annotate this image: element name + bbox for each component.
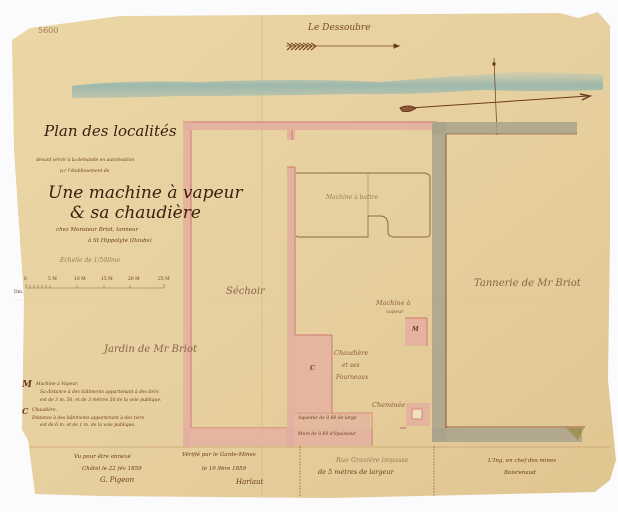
legend-m-key: M <box>22 380 32 390</box>
sechoir-label: Séchoir <box>226 286 265 297</box>
title-line1: Plan des localités <box>44 122 177 140</box>
signature1-line3: G. Pigeon <box>100 476 134 484</box>
title-line2: Une machine à vapeur <box>48 183 243 203</box>
street-line1: Rue Gravière impasse <box>336 456 409 464</box>
title-subtitle-line2: p.r l'établissement de <box>60 169 109 174</box>
scale-tick-3: 15 M <box>101 277 113 282</box>
scale-unit: Dm. <box>14 290 23 295</box>
jardin-label: Jardin de Mr Briot <box>104 344 197 355</box>
owner-line1: chez Monsieur Briot, tanneur <box>56 227 138 233</box>
title-line3: & sa chaudière <box>70 203 201 223</box>
legend-m-title: Machine à Vapeur. <box>36 382 78 387</box>
historic-plan-document: 5600 Le Dessoubre Plan des localités dev… <box>0 0 618 512</box>
chaudiere-marker: C <box>310 365 315 372</box>
owner-line2: à St Hippolyte (Doubs) <box>88 238 152 244</box>
catalog-mark: 5600 <box>38 26 58 35</box>
tannerie-label: Tannerie de Mr Briot <box>474 278 581 289</box>
machine-marker: M <box>412 326 419 333</box>
title-subtitle-line1: devant servir à la demande en autorisati… <box>36 158 134 163</box>
chaudiere-label-2: et ses <box>342 362 360 369</box>
machine-vapeur-label-1: Machine à <box>376 299 410 307</box>
legend-m-text2: est de 3 m. 50, et de 3 mètres 50 de la … <box>40 398 162 403</box>
river-name: Le Dessoubre <box>308 23 371 33</box>
signature2-line1: Vérifié par le Garde-Mines <box>182 452 256 458</box>
scale-tick-4: 20 M <box>128 277 140 282</box>
legend-c-key: C <box>22 406 28 416</box>
scale-tick-2: 10 M <box>74 277 86 282</box>
scale-tick-0: 0 <box>24 277 27 282</box>
signature2-line3: Harlaut <box>236 478 263 486</box>
signature1-line1: Vu pour être annexé <box>74 454 131 460</box>
legend-c-title: Chaudière. <box>32 408 57 413</box>
wall-note-murs: Murs de 0,60 d'épaisseur <box>298 432 356 437</box>
signature3-line1: L'Ing. en chef des mines <box>488 458 556 464</box>
street-line2: de 5 mètres de largeur <box>318 468 394 476</box>
scale-tick-5: 25 M <box>158 277 170 282</box>
machine-a-battre-label: Machine à battre <box>326 194 378 201</box>
signature3-line2: Boisrenaud <box>504 470 536 476</box>
signature1-line2: Châtel le 22 fév 1859 <box>82 466 142 472</box>
signature2-line2: le 19 9bre 1859 <box>202 466 246 472</box>
cheminee-label: Cheminée <box>372 401 405 409</box>
wall-note-aqueduc: Aqueduc de 0,60 de large <box>298 416 357 421</box>
legend-m-text1: Sa distance à des bâtiments appartenant … <box>40 390 159 395</box>
chaudiere-label-1: Chaudière <box>334 349 368 357</box>
scale-label: Echelle de 1/500me <box>60 257 120 264</box>
machine-vapeur-label-2: vapeur <box>386 309 404 315</box>
scale-tick-1: 5 M <box>48 277 57 282</box>
chaudiere-label-3: Fourneaux <box>336 374 368 381</box>
legend-c-text1: Distance à des bâtiments appartenant à d… <box>32 416 144 421</box>
legend-c-text2: est de 6 m. et de 1 m. de la voie publiq… <box>40 423 136 428</box>
